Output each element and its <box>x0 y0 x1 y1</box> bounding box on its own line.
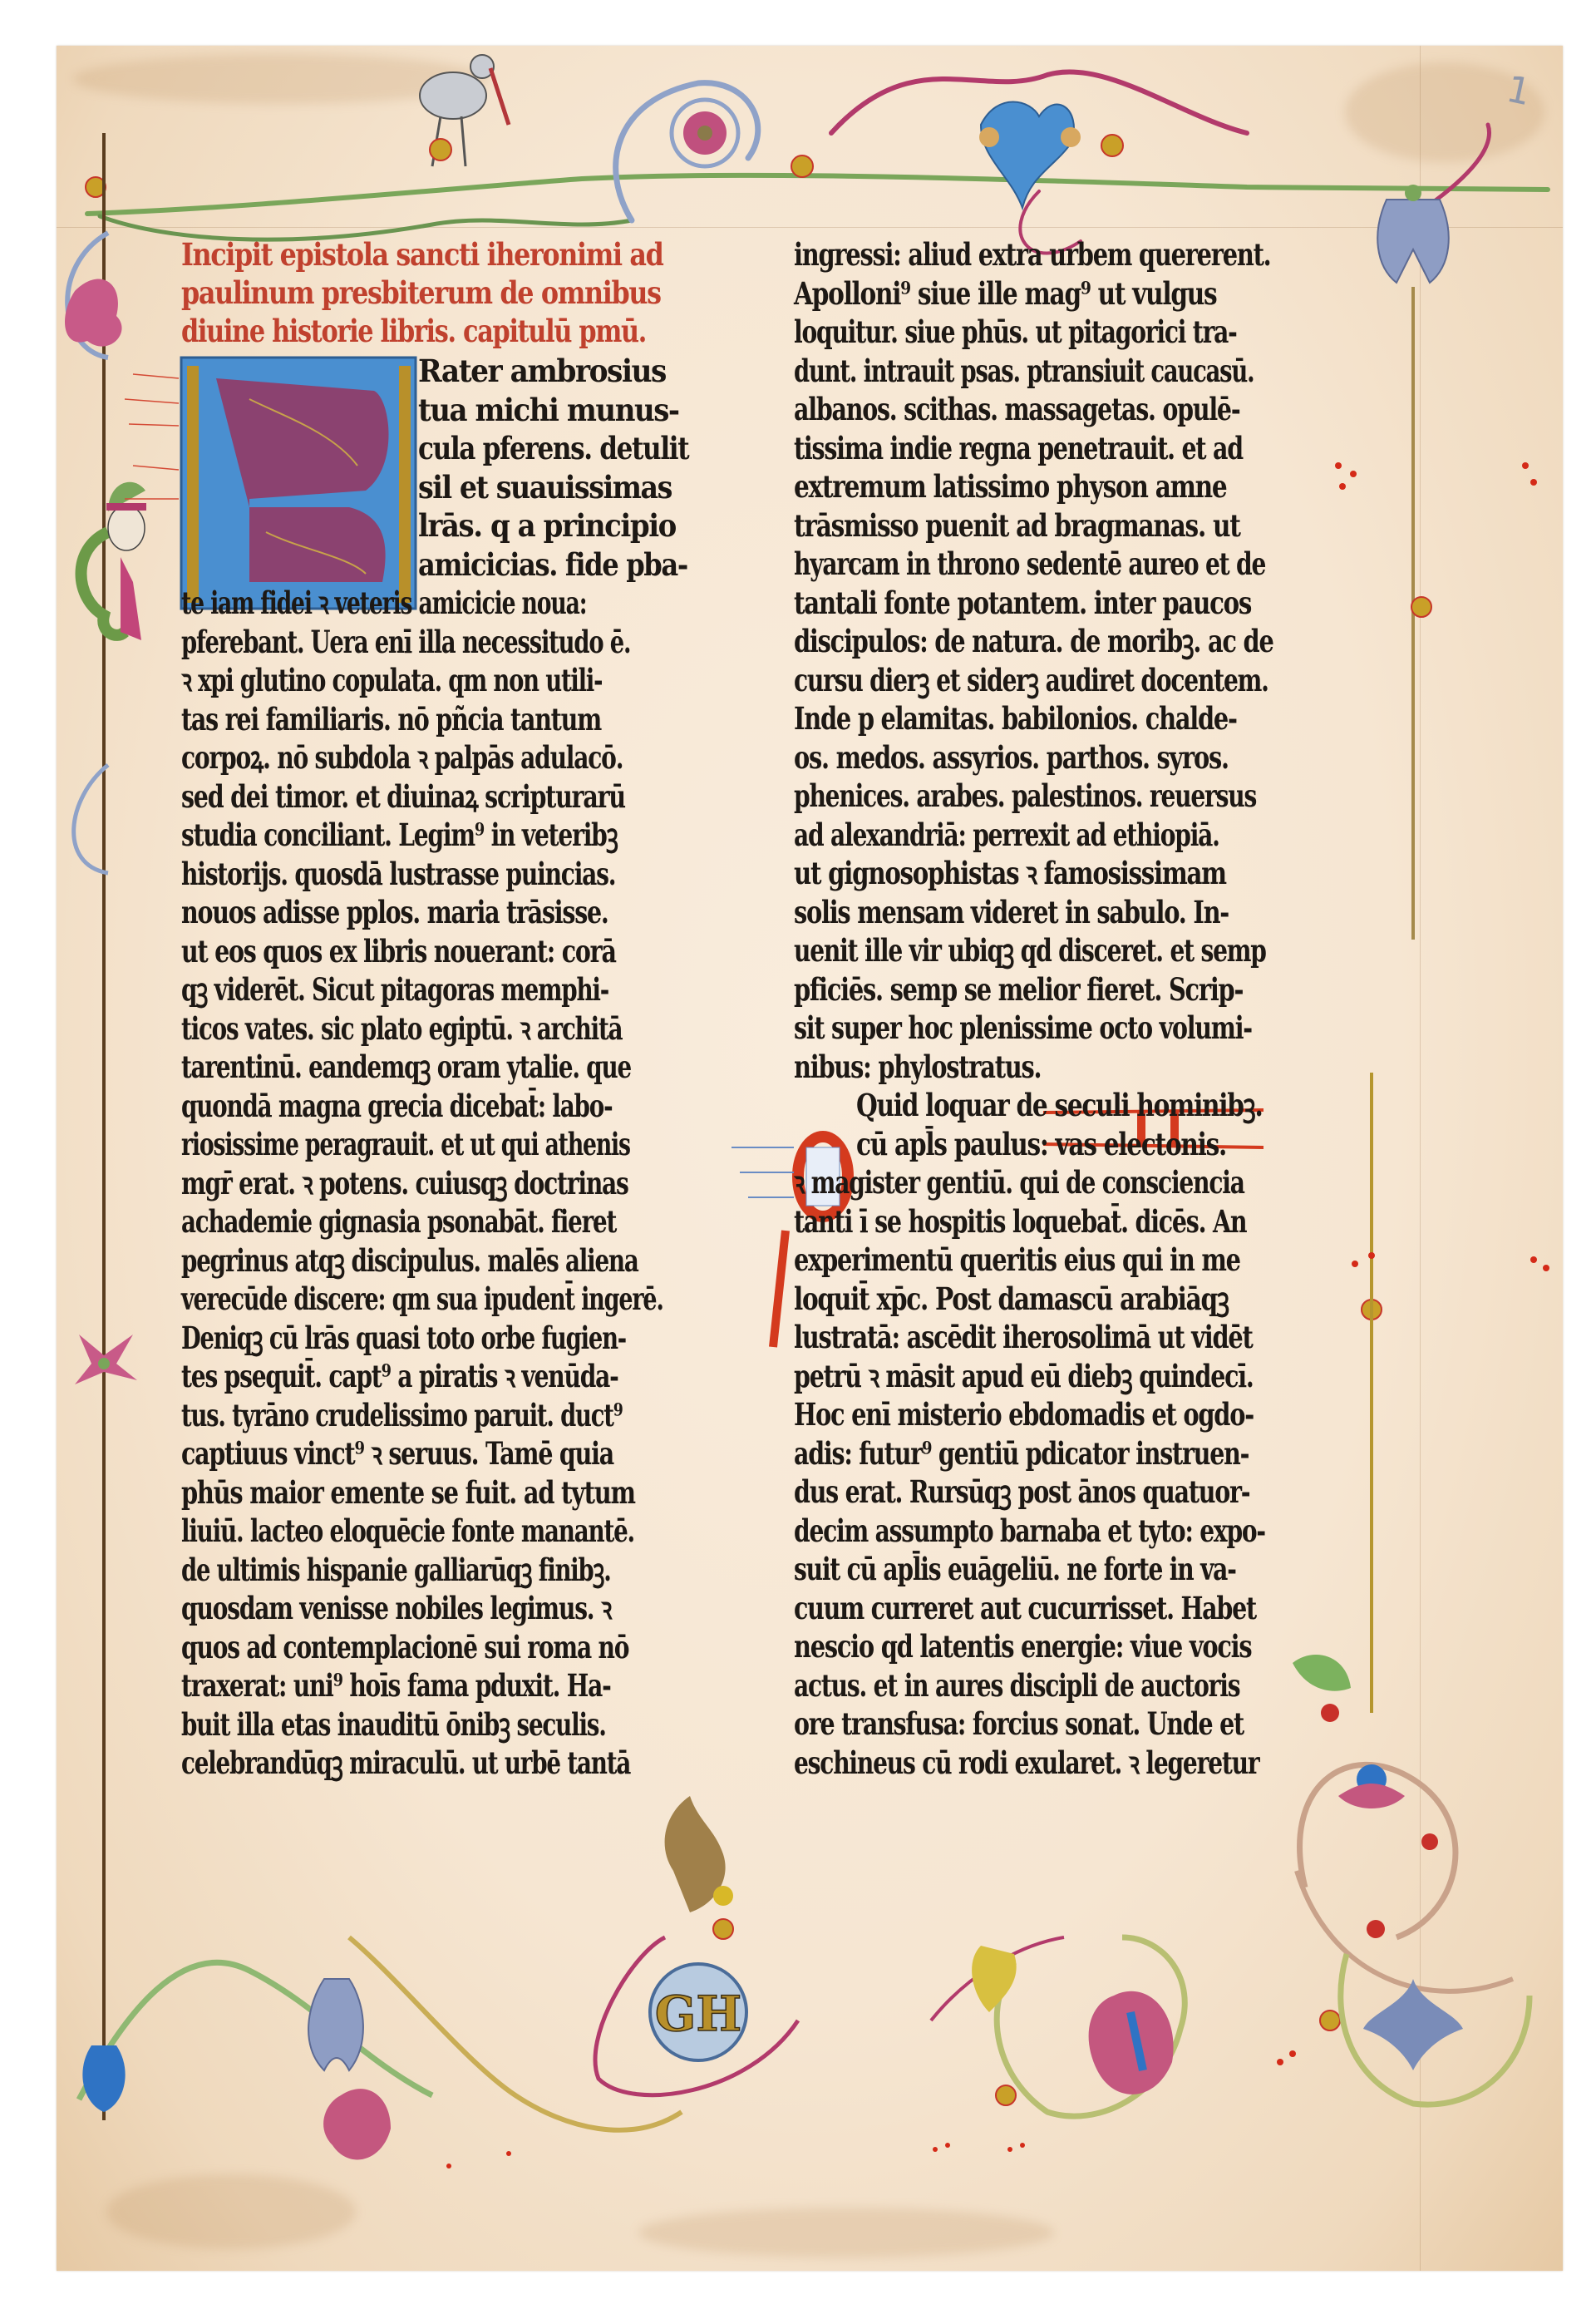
top-border-vine <box>87 72 1548 253</box>
text-line: studia conciliant. Legim⁹ in veteribꝫ <box>181 816 618 854</box>
text-line: dus erat. Rursūqꝫ post ānos quatuor- <box>794 1473 1249 1511</box>
text-line: tua michi munus- <box>418 391 679 429</box>
text-line: quos ad contemplacionē sui roma nō <box>181 1628 628 1666</box>
text-line: ad alexandriā: perrexit ad ethiopiā. <box>794 816 1219 854</box>
text-line: traxerat: uni⁹ hoīs fama pduxit. Ha- <box>181 1666 611 1705</box>
text-line: tissima indie regna penetrauit. et ad <box>794 429 1243 467</box>
text-line: tas rei familiaris. nō pñcia tantum <box>181 700 601 738</box>
text-line: tus. tyrāno crudelissimo paruit. duct⁹ <box>181 1396 623 1434</box>
text-line: tantali fonte potantem. inter paucos <box>794 584 1251 622</box>
bluebell-icon <box>1377 185 1449 940</box>
text-line: petrū ꝛ māsit apud eū diebꝫ quindecī. <box>794 1357 1254 1395</box>
text-line: loquitur. siue phūs. ut pitagorici tra- <box>794 313 1237 351</box>
star-flower-icon <box>75 1335 137 1384</box>
text-line: lustratā: ascēdit iherosolimā ut vidēt <box>794 1318 1253 1356</box>
grotesque-figure-icon <box>81 482 147 640</box>
text-line: ꝛ xpi glutino copulata. qm non utili- <box>181 661 602 699</box>
text-line: verecūde discere: qm sua ipudent̄ ingerē… <box>181 1280 663 1318</box>
text-line: adis: futur⁹ gentiū pdicator instruen- <box>794 1434 1249 1473</box>
text-line: captiuus vinct⁹ ꝛ seruus. Tamē quia <box>181 1434 613 1473</box>
text-line: ticos vates. sic plato egiptū. ꝛ architā <box>181 1009 622 1048</box>
right-column: ingressi: aliud extra urbem quererent. A… <box>794 235 1359 1898</box>
text-line: Quid loquar de seculi hominibꝫ. <box>856 1086 1263 1124</box>
text-line: lrās. q a principio <box>418 506 676 545</box>
text-line: loquit̄ xp̄c. Post damascū arabiāqꝫ <box>794 1280 1229 1318</box>
text-line: dunt. intrauit psas. ptransiuit caucasū. <box>794 352 1254 390</box>
text-line: achademie gignasia psonabāt. fieret <box>181 1202 616 1241</box>
text-line: Rater ambrosius <box>418 352 666 390</box>
text-line: sil et suauissimas <box>418 468 672 506</box>
text-line: Deniqꝫ cū lrās quasi toto orbe fugien- <box>181 1319 626 1357</box>
text-line: phūs maior emente se fuit. ad tytum <box>181 1473 635 1512</box>
text-line: mgr̄ erat. ꝛ potens. cuiusqꝫ doctrinas <box>181 1164 628 1202</box>
text-line: Apolloni⁹ siue ille mag⁹ ut vulgus <box>794 274 1216 313</box>
text-line: amicicias. fide pba- <box>418 545 687 584</box>
text-line: cū apl̄s paulus: vas electonis. <box>856 1125 1226 1163</box>
text-line: cursu dierꝫ et siderꝫ audiret docentem. <box>794 661 1268 699</box>
text-line: ut eos quos ex libris nouerant: corā <box>181 932 616 970</box>
text-line: solis mensam videret in sabulo. In- <box>794 893 1229 931</box>
text-line: nibus: phylostratus. <box>794 1048 1041 1086</box>
text-line: decim assumpto barnaba et tyto: expo- <box>794 1512 1265 1550</box>
rubric-line: paulinum presbiterum de omnibus <box>181 274 661 312</box>
text-line: de ultimis hispanie galliarūqꝫ finibꝫ. <box>181 1551 611 1589</box>
text-line: tanti ī se hospitis loquebat̄. dicēs. An <box>794 1202 1246 1241</box>
text-line: corpoꝝ. nō subdola ꝛ palpās adulacō. <box>181 738 623 777</box>
text-line: experimentū queritis eius qui in me <box>794 1241 1240 1279</box>
pink-thistle-icon <box>323 1991 1173 2160</box>
text-line: pferebant. Uera enī illa necessitudo ē. <box>181 623 630 661</box>
text-line: os. medos. assyrios. parthos. syros. <box>794 738 1229 777</box>
text-line: eschineus cū rodi exularet. ꝛ legeretur <box>794 1744 1259 1782</box>
text-line: quosdam venisse nobiles legimus. ꝛ <box>181 1589 611 1627</box>
text-line: te iam fidei ꝛ veteris amicicie noua: <box>181 584 586 622</box>
text-line: liuiū. lacteo eloquēcie fonte manantē. <box>181 1512 634 1550</box>
monogram-medallion-icon: GH <box>650 1964 746 2060</box>
text-line: tarentinū. eandemqꝫ oram ytalie. que <box>181 1048 631 1086</box>
text-line: Inde p elamitas. babilonios. chalde- <box>794 699 1237 738</box>
columbine-icon <box>308 1979 363 2070</box>
text-line: uenit ille vir ubiqꝫ qd disceret. et sem… <box>794 931 1266 970</box>
rose-roundel-icon <box>672 100 738 166</box>
text-line: pficiēs. semp se melior fieret. Scrip- <box>794 970 1243 1009</box>
text-line: hyarcam in throno sedentē aureo et de <box>794 545 1265 583</box>
rubric-line: diuine historie libris. capitulū pmū. <box>181 312 646 350</box>
text-line: historijs. quosdā lustrasse puincias. <box>181 855 615 893</box>
text-line: pegrinus atqꝫ discipulus. malēs aliena <box>181 1241 638 1280</box>
text-line: sit super hoc plenissime octo volumi- <box>794 1009 1252 1047</box>
text-line: ore transfusa: forcius sonat. Unde et <box>794 1705 1244 1743</box>
text-line: cuum curreret aut cucurrisset. Habet <box>794 1589 1256 1627</box>
text-line: Hoc enī misterio ebdomadis et ogdo- <box>794 1395 1254 1433</box>
text-line: nescio qd latentis energie: viue vocis <box>794 1627 1251 1665</box>
blue-tulip-icon <box>82 2045 125 2112</box>
text-line: actus. et in aures discipli de auctoris <box>794 1666 1239 1705</box>
bottom-border-vine <box>79 1937 1529 2130</box>
text-line: cula pferens. detulit <box>418 429 688 467</box>
text-line: extremum latissimo physon amne <box>794 467 1226 506</box>
left-column: Rater ambrosius tua michi munus- cula pf… <box>181 352 722 1898</box>
text-line: tes psequit̄. capt⁹ a piratis ꝛ venūda- <box>181 1357 618 1395</box>
text-line: qꝫ viderēt. Sicut pitagoras memphi- <box>181 970 608 1009</box>
text-line: ingressi: aliud extra urbem quererent. <box>794 235 1270 274</box>
text-line: trāsmisso puenit ad bragmanas. ut <box>794 506 1240 545</box>
text-line: sed dei timor. et diuinaꝝ scripturarū <box>181 777 625 816</box>
text-line: phenices. arabes. palestinos. reuersus <box>794 777 1256 815</box>
text-line: nouos adisse pplos. maria trāsisse. <box>181 893 608 931</box>
text-line: ut gignosophistas ꝛ famosissimam <box>794 854 1226 892</box>
text-line: discipulos: de natura. de moribꝫ. ac de <box>794 622 1273 660</box>
yellow-leaf-icon <box>972 1946 1017 2012</box>
text-line: quondā magna grecia dicebat̄: labo- <box>181 1087 612 1125</box>
text-line: celebrandūqꝫ miraculū. ut urbē tantā <box>181 1744 630 1782</box>
blue-acanthus-icon <box>979 102 1081 209</box>
text-line: ꝛ magister gentiū. qui de consciencia <box>794 1163 1244 1201</box>
rubric-line: Incipit epistola sancti iheronimi ad <box>181 235 663 274</box>
text-line: suit cū apl̄is euāgeliū. ne forte in va- <box>794 1550 1236 1588</box>
text-line: buit illa etas inauditū ōnibꝫ seculis. <box>181 1705 606 1744</box>
text-line: albanos. scithas. massagetas. opulē- <box>794 390 1239 428</box>
pink-flower-icon <box>65 279 122 347</box>
svg-text:GH: GH <box>655 1986 741 2042</box>
left-border-vine <box>67 133 108 2120</box>
text-line: riosissime peragrauit. et ut qui athenis <box>181 1125 630 1163</box>
